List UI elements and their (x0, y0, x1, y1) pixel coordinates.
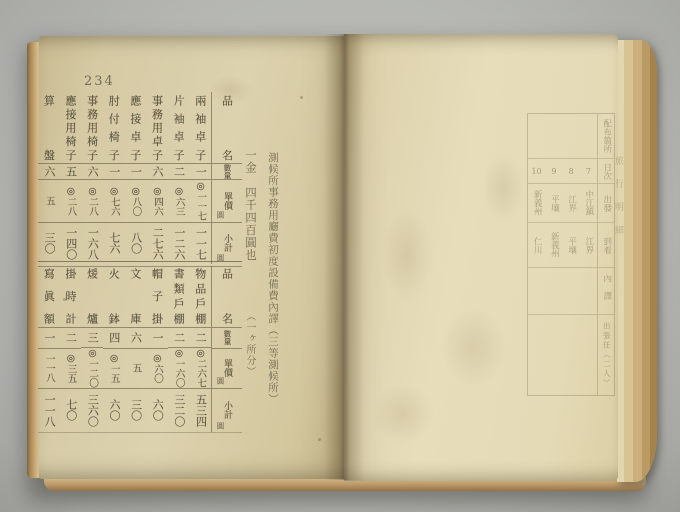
paper-stain (360, 372, 446, 456)
foxing-speck (63, 298, 66, 301)
paper-stain (200, 70, 260, 110)
foxing-speck (318, 438, 321, 441)
foxing-speck (300, 96, 303, 99)
book-gutter-shadow (324, 34, 364, 480)
left-page (39, 36, 344, 479)
book-photo-scene: 234 測候所事務用廳費初度設備費內譯（三等測候所） 一金 四千四百圓也 （一ヶ… (0, 0, 680, 512)
page-edge-stack-right (617, 40, 657, 482)
paper-stain (474, 140, 532, 236)
